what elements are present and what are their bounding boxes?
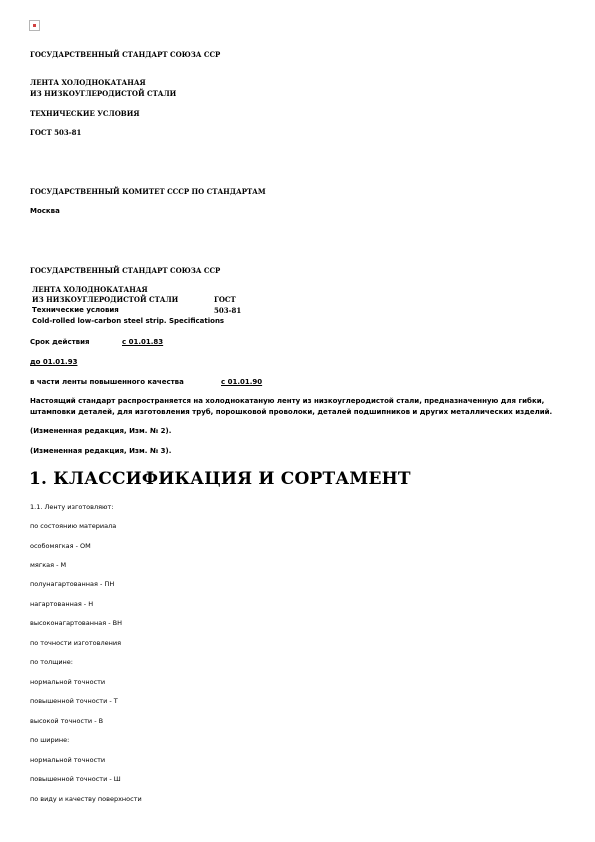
improved-label: в части ленты повышенного качества (30, 378, 184, 386)
cover-title-line1: ЛЕНТА ХОЛОДНОКАТАНАЯ (30, 78, 146, 87)
cover-org-line: ГОСУДАРСТВЕННЫЙ СТАНДАРТ СОЮЗА ССР (30, 50, 220, 59)
cover-subtitle: ТЕХНИЧЕСКИЕ УСЛОВИЯ (30, 109, 140, 118)
scope-paragraph: Настоящий стандарт распространяется на х… (30, 396, 570, 418)
section-heading: 1. КЛАССИФИКАЦИЯ И СОРТАМЕНТ (29, 469, 411, 489)
validity-from: с 01.01.83 (122, 338, 163, 346)
gost-number: 503-81 (214, 306, 241, 315)
header-title-line1: ЛЕНТА ХОЛОДНОКАТАНАЯ (32, 285, 148, 294)
list-item: по состоянию материала (30, 522, 116, 530)
list-item: высоконагартованная - ВН (30, 619, 122, 627)
list-item: повышенной точности - Т (30, 697, 118, 705)
english-title: Cold-rolled low-carbon steel strip. Spec… (32, 317, 224, 325)
gost-label: ГОСТ (214, 295, 236, 304)
list-item: по ширине: (30, 736, 69, 744)
cover-title-line2: ИЗ НИЗКОУГЛЕРОДИСТОЙ СТАЛИ (30, 89, 176, 98)
cover-committee: ГОСУДАРСТВЕННЫЙ КОМИТЕТ СССР ПО СТАНДАРТ… (30, 187, 266, 196)
list-item: высокой точности - В (30, 717, 103, 725)
improved-from: с 01.01.90 (221, 378, 262, 386)
list-item: полунагартованная - ПН (30, 580, 114, 588)
list-item: 1.1. Ленту изготовляют: (30, 503, 113, 511)
list-item: нагартованная - Н (30, 600, 93, 608)
validity-to: до 01.01.93 (30, 358, 77, 366)
list-item: мягкая - М (30, 561, 66, 569)
list-item: особомягкая - ОМ (30, 542, 91, 550)
header-org-line: ГОСУДАРСТВЕННЫЙ СТАНДАРТ СОЮЗА ССР (30, 266, 220, 275)
cover-code: ГОСТ 503-81 (30, 128, 81, 137)
list-item: по точности изготовления (30, 639, 121, 647)
list-item: по толщине: (30, 658, 73, 666)
cover-city: Москва (30, 207, 60, 215)
amendment-2: (Измененная редакция, Изм. № 3). (30, 447, 171, 455)
broken-image-icon (29, 20, 40, 31)
list-item: повышенной точности - Ш (30, 775, 121, 783)
header-title-line2: ИЗ НИЗКОУГЛЕРОДИСТОЙ СТАЛИ (32, 295, 178, 304)
list-item: нормальной точности (30, 678, 105, 686)
list-item: нормальной точности (30, 756, 105, 764)
list-item: по виду и качеству поверхности (30, 795, 142, 803)
amendment-1: (Измененная редакция, Изм. № 2). (30, 427, 171, 435)
header-subtitle: Технические условия (32, 306, 119, 314)
validity-label: Срок действия (30, 338, 90, 346)
